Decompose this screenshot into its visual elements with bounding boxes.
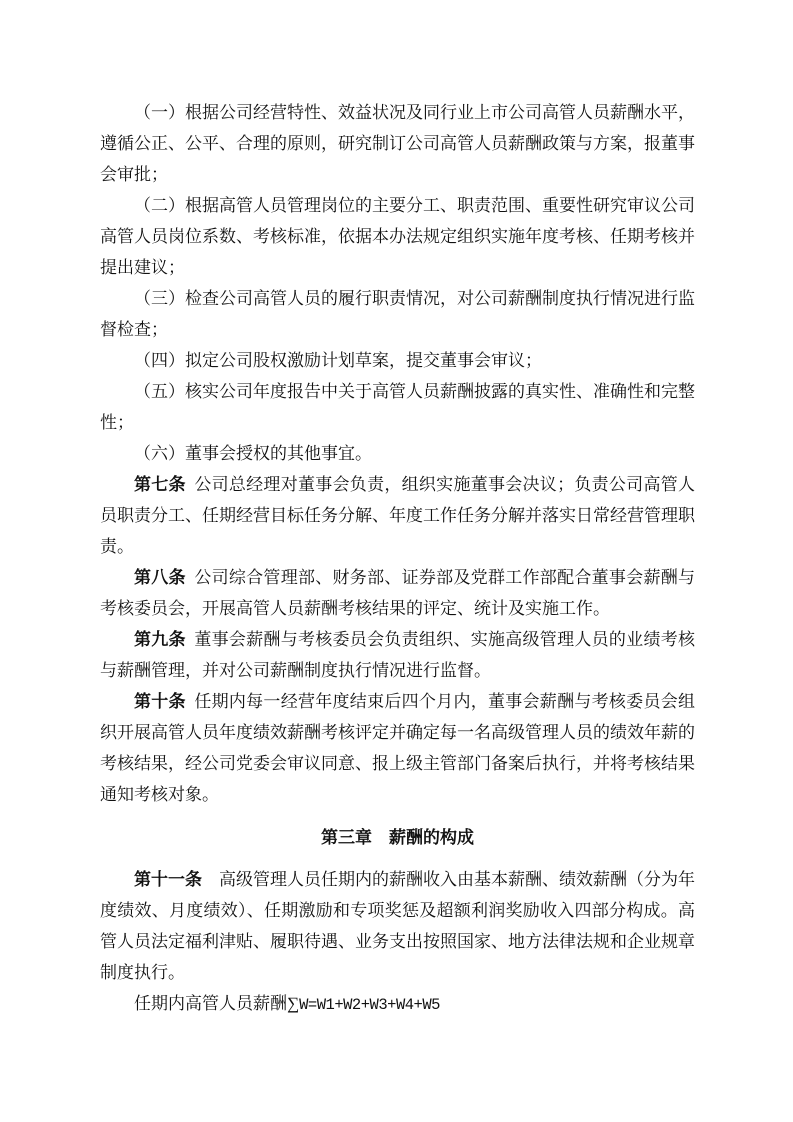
article-paragraph: 第九条董事会薪酬与考核委员会负责组织、实施高级管理人员的业绩考核与薪酬管理，并对… (100, 624, 695, 686)
article-number: 第九条 (134, 630, 186, 649)
article-number: 第十条 (134, 692, 186, 711)
list-item-paragraph: （三）检查公司高管人员的履行职责情况，对公司薪酬制度执行情况进行监督检查； (100, 283, 695, 345)
article-number: 第十一条 (134, 870, 202, 889)
article-text: 公司综合管理部、财务部、证券部及党群工作部配合董事会薪酬与考核委员会，开展高管人… (100, 568, 695, 618)
document-page: （一）根据公司经营特性、效益状况及同行业上市公司高管人员薪酬水平，遵循公正、公平… (0, 0, 793, 1122)
formula-expression: W=W1+W2+W3+W4+W5 (299, 996, 440, 1014)
list-item-paragraph: （二）根据高管人员管理岗位的主要分工、职责范围、重要性研究审议公司高管人员岗位系… (100, 190, 695, 283)
article-paragraph: 第十条任期内每一经营年度结束后四个月内，董事会薪酬与考核委员会组织开展高管人员年… (100, 686, 695, 810)
formula-line: 任期内高管人员薪酬∑W=W1+W2+W3+W4+W5 (100, 988, 695, 1021)
list-item-paragraph: （四）拟定公司股权激励计划草案，提交董事会审议； (100, 345, 695, 376)
formula-prefix: 任期内高管人员薪酬∑ (134, 994, 299, 1013)
list-item-paragraph: （六）董事会授权的其他事宜。 (100, 438, 695, 469)
article-text: 董事会薪酬与考核委员会负责组织、实施高级管理人员的业绩考核与薪酬管理，并对公司薪… (100, 630, 695, 680)
chapter-heading: 第三章 薪酬的构成 (100, 822, 695, 853)
article-number: 第八条 (134, 568, 186, 587)
list-item-paragraph: （五）核实公司年度报告中关于高管人员薪酬披露的真实性、准确性和完整性； (100, 376, 695, 438)
article-paragraph: 第七条公司总经理对董事会负责，组织实施董事会决议；负责公司高管人员职责分工、任期… (100, 469, 695, 562)
list-item-paragraph: （一）根据公司经营特性、效益状况及同行业上市公司高管人员薪酬水平，遵循公正、公平… (100, 97, 695, 190)
article-paragraph: 第十一条高级管理人员任期内的薪酬收入由基本薪酬、绩效薪酬（分为年度绩效、月度绩效… (100, 864, 695, 988)
article-number: 第七条 (134, 475, 186, 494)
article-paragraph: 第八条公司综合管理部、财务部、证券部及党群工作部配合董事会薪酬与考核委员会，开展… (100, 562, 695, 624)
article-text: 任期内每一经营年度结束后四个月内，董事会薪酬与考核委员会组织开展高管人员年度绩效… (100, 692, 695, 804)
article-text: 公司总经理对董事会负责，组织实施董事会决议；负责公司高管人员职责分工、任期经营目… (100, 475, 695, 556)
